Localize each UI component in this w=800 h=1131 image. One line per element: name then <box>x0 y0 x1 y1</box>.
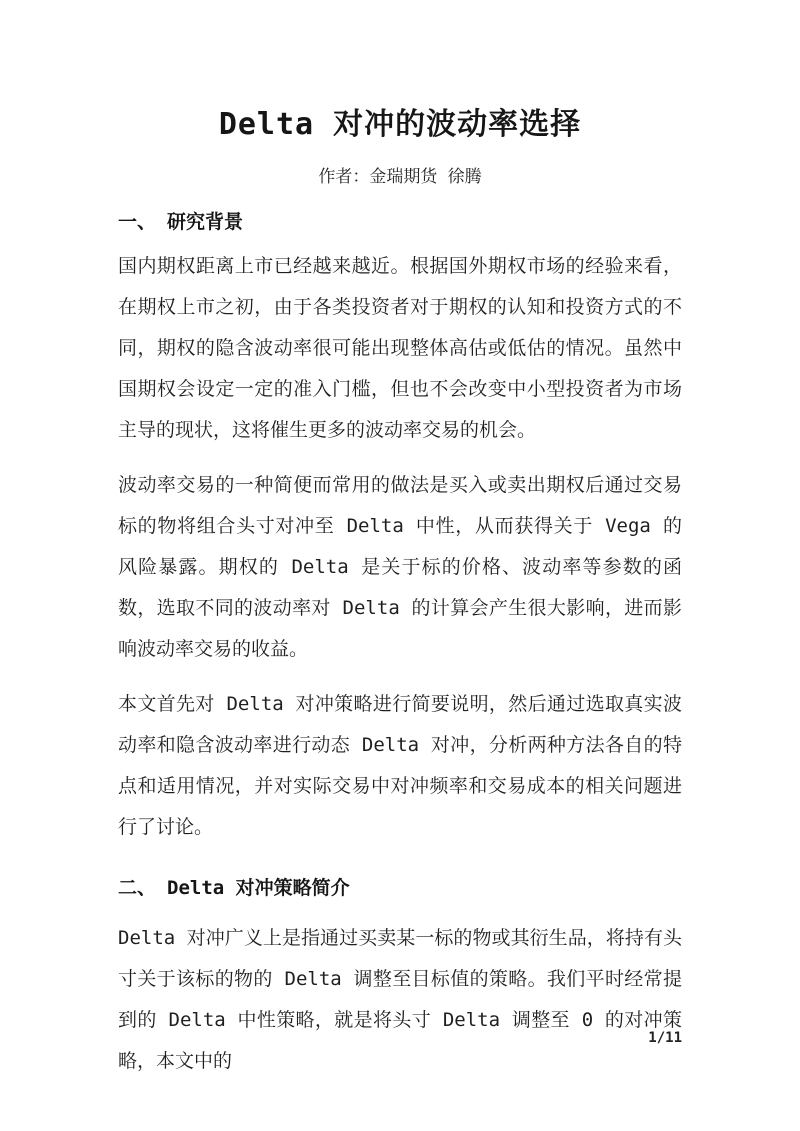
section-number: 二、 <box>118 874 167 902</box>
author-line: 作者：金瑞期货 徐腾 <box>118 164 682 190</box>
paragraph: Delta 对冲广义上是指通过买卖某一标的物或其衍生品，将持有头寸关于该标的物的… <box>118 918 682 1082</box>
section-title: Delta 对冲策略简介 <box>167 874 350 902</box>
section-title: 研究背景 <box>167 208 243 236</box>
section-heading: 一、 研究背景 <box>118 208 682 236</box>
paragraph: 波动率交易的一种简便而常用的做法是买入或卖出期权后通过交易标的物将组合头寸对冲至… <box>118 465 682 670</box>
section-research-background: 一、 研究背景 国内期权距离上市已经越来越近。根据国外期权市场的经验来看，在期权… <box>118 208 682 848</box>
page-number-indicator: 1/11 <box>648 1028 682 1048</box>
paragraph: 国内期权距离上市已经越来越近。根据国外期权市场的经验来看，在期权上市之初，由于各… <box>118 246 682 451</box>
section-number: 一、 <box>118 208 167 236</box>
document-content: Delta 对冲的波动率选择 作者：金瑞期货 徐腾 一、 研究背景 国内期权距离… <box>0 0 800 1082</box>
document-title: Delta 对冲的波动率选择 <box>118 0 682 148</box>
document-page: Delta 对冲的波动率选择 作者：金瑞期货 徐腾 一、 研究背景 国内期权距离… <box>0 0 800 1131</box>
paragraph: 本文首先对 Delta 对冲策略进行简要说明，然后通过选取真实波动率和隐含波动率… <box>118 684 682 848</box>
section-delta-hedging-intro: 二、 Delta 对冲策略简介 Delta 对冲广义上是指通过买卖某一标的物或其… <box>118 874 682 1082</box>
section-heading: 二、 Delta 对冲策略简介 <box>118 874 682 902</box>
